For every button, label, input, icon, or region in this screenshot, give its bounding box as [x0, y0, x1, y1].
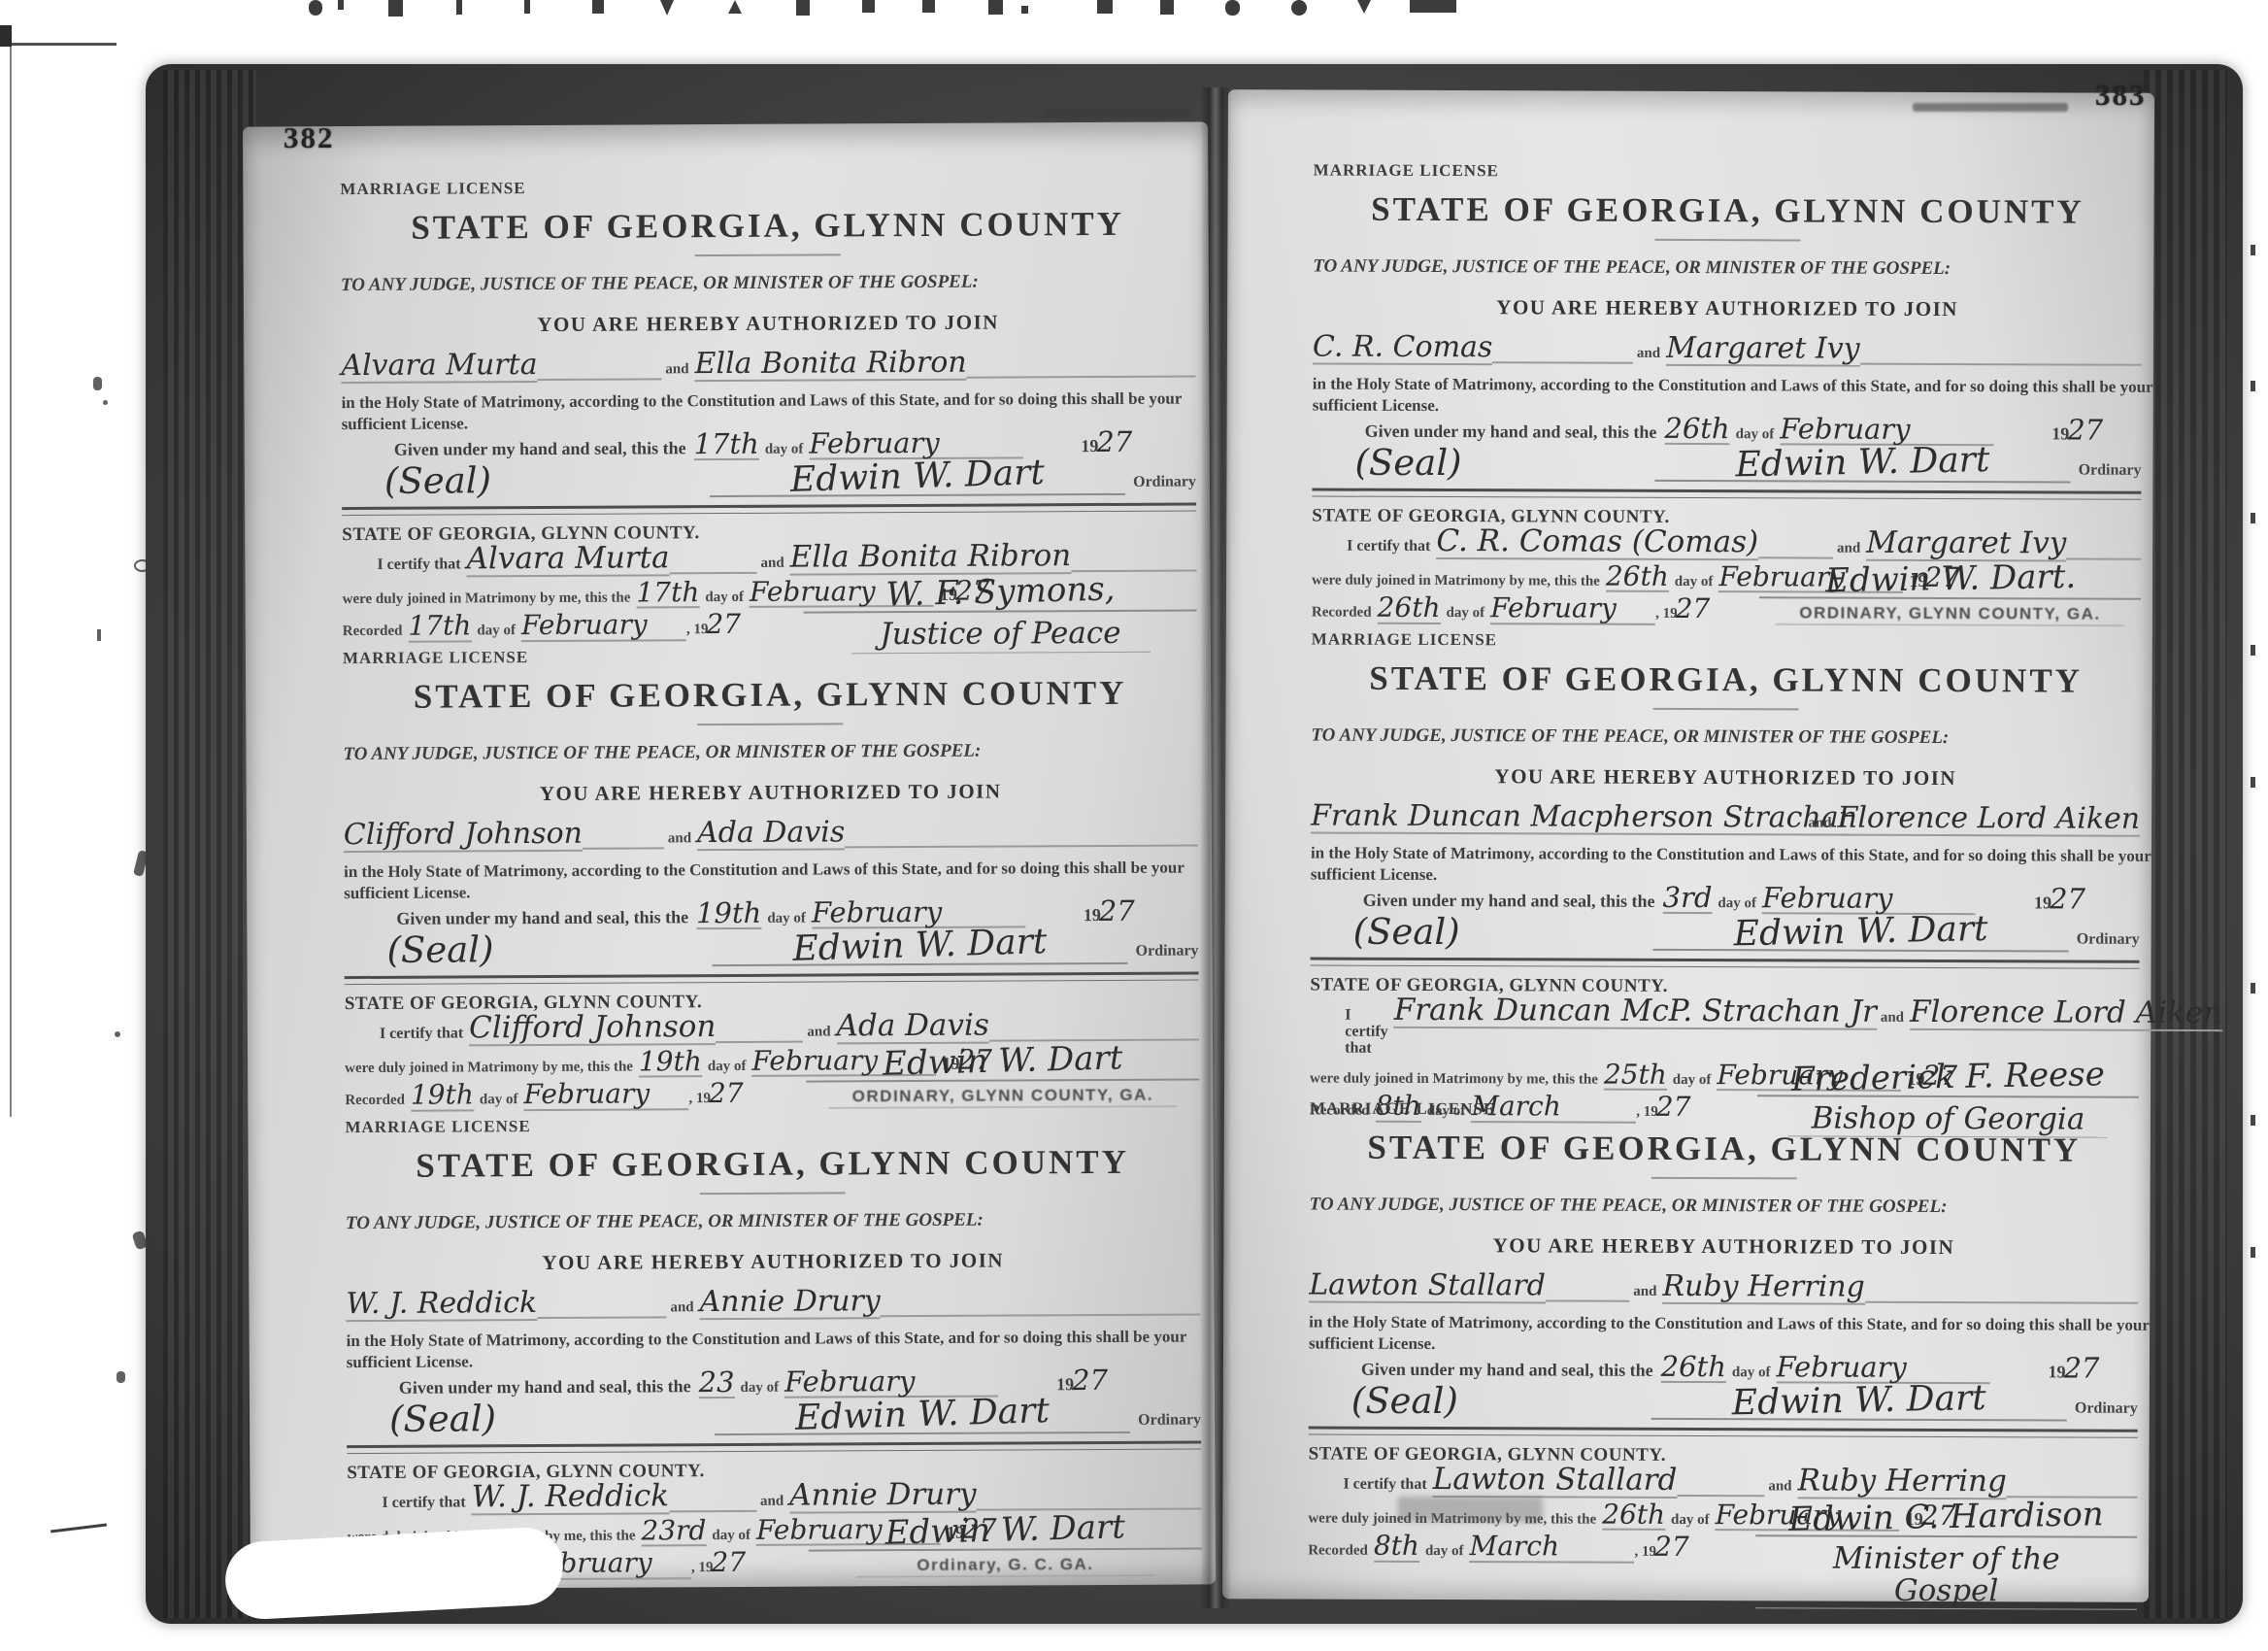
and-label: and [666, 1299, 699, 1316]
day-of-label: day of [1665, 1513, 1716, 1529]
license-year: 27 [1096, 428, 1132, 456]
cert-bride-name: Ruby Herring [1797, 1466, 2006, 1499]
given-prefix: Given under my hand and seal, this the [344, 909, 688, 928]
cert-recorded-row: Recorded 26th day of February , 19 27 Ed… [1312, 593, 2141, 627]
title-rule [697, 723, 843, 725]
salutation: TO ANY JUDGE, JUSTICE OF THE PEACE, OR M… [1313, 257, 2142, 279]
certify-prefix: I certify that [342, 557, 460, 574]
year-printed: 19 [1999, 425, 2069, 443]
microfilm-scan: 382 383 MARRIAGE LICENSE STATE OF GEORGI… [0, 0, 2268, 1651]
year-printed: 19 [1982, 894, 2051, 912]
marriage-license-record: MARRIAGE LICENSE STATE OF GEORGIA, GLYNN… [340, 176, 1197, 650]
ordinary-signature: Edwin W. Dart [1735, 443, 1990, 483]
signer-title: Ordinary [2067, 1401, 2138, 1417]
scan-corner-mark [0, 25, 12, 47]
day-of-label: day of [471, 623, 521, 639]
recorded-day: 17th [408, 612, 471, 643]
names-line: C. R. Comas and Margaret Ivy [1313, 331, 2142, 368]
recorded-month: March [1470, 1532, 1635, 1563]
scan-frame-line-horizontal [0, 43, 117, 46]
seal-signature-row: (Seal) Edwin W. Dart Ordinary [344, 927, 1198, 969]
groom-name: Alvara Murta [341, 349, 537, 384]
groom-name: Clifford Johnson [344, 818, 583, 853]
married-day: 26th [1602, 1500, 1665, 1532]
groom-name: Frank Duncan Macpherson Strachan [1311, 800, 1857, 836]
day-of-label: day of [1669, 575, 1719, 590]
recorded-year-printed: , 19 [691, 1561, 714, 1576]
names-line: W. J. Reddick and Annie Drury [346, 1283, 1200, 1322]
officiant-signature: Edwin W. Dart. [1824, 560, 2076, 599]
recorded-label: Recorded [1312, 606, 1372, 622]
recorded-year: 27 [1676, 594, 1711, 623]
day-of-label: day of [734, 1381, 784, 1396]
bride-name: Annie Drury [700, 1285, 881, 1320]
certify-prefix: I certify that [1310, 1008, 1388, 1058]
cert-and-label: and [1877, 1011, 1910, 1027]
record-title: STATE OF GEORGIA, GLYNN COUNTY [343, 675, 1197, 714]
officiant-title: Ordinary, G. C. GA. [855, 1554, 1154, 1577]
recorded-year-printed: , 19 [1655, 607, 1678, 623]
scan-scratch-mark [50, 1523, 107, 1533]
section-divider [342, 503, 1196, 517]
license-year: 27 [2067, 417, 2103, 445]
cert-groom-name: W. J. Reddick [472, 1481, 670, 1516]
day-of-label: day of [1667, 1073, 1718, 1089]
seal-label: (Seal) [384, 463, 491, 500]
officiant-title: ORDINARY, GLYNN COUNTY, GA. [1776, 602, 2123, 625]
page-383: MARRIAGE LICENSE STATE OF GEORGIA, GLYNN… [1222, 89, 2154, 1602]
signer-title: Ordinary [1130, 1413, 1201, 1429]
section-divider [1311, 958, 2140, 969]
recorded-month: February [523, 1080, 688, 1111]
recorded-day: 26th [1378, 593, 1441, 624]
recorded-month: February [521, 611, 686, 642]
seal-label: (Seal) [1351, 1383, 1458, 1419]
given-row: Given under my hand and seal, this the 2… [347, 1366, 1201, 1401]
ordinary-signature: Edwin W. Dart [1732, 1381, 1987, 1421]
signer-title: Ordinary [1128, 944, 1199, 960]
day-of-label: day of [1440, 606, 1490, 622]
cert-bride-name: Margaret Ivy [1866, 527, 2066, 561]
cert-bride-name: Florence Lord Aiken [1910, 996, 2222, 1031]
marriage-license-record: MARRIAGE LICENSE STATE OF GEORGIA, GLYNN… [343, 645, 1200, 1119]
recorded-year: 27 [711, 1548, 746, 1577]
given-row: Given under my hand and seal, this the 1… [342, 428, 1196, 463]
salutation: TO ANY JUDGE, JUSTICE OF THE PEACE, OR M… [343, 740, 1197, 763]
license-heading: MARRIAGE LICENSE [345, 1114, 1199, 1135]
title-rule [1654, 239, 1800, 242]
seal-signature-row: (Seal) Edwin W. Dart Ordinary [1312, 444, 2141, 484]
ordinary-signature: Edwin W. Dart [792, 925, 1048, 967]
authorize-line: YOU ARE HEREBY AUTHORIZED TO JOIN [1313, 297, 2142, 320]
salutation: TO ANY JUDGE, JUSTICE OF THE PEACE, OR M… [346, 1209, 1200, 1232]
day-of-label: day of [1712, 896, 1762, 911]
left-page-edges [163, 70, 256, 1618]
matrimony-clause: in the Holy State of Matrimony, accordin… [1311, 844, 2140, 867]
license-heading: MARRIAGE LICENSE [1312, 631, 2141, 651]
recorded-year-printed: , 19 [1635, 1545, 1657, 1561]
printer-imprint-right [1913, 103, 2068, 112]
cert-and-label: and [1764, 1480, 1797, 1496]
seal-signature-row: (Seal) Edwin W. Dart Ordinary [1311, 913, 2140, 953]
married-day: 25th [1604, 1060, 1667, 1091]
officiant-title: ORDINARY, GLYNN COUNTY, GA. [829, 1085, 1177, 1109]
married-day: 17th [636, 578, 699, 609]
seal-signature-row: (Seal) Edwin W. Dart Ordinary [1309, 1382, 2138, 1422]
year-printed: 19 [1995, 1364, 2065, 1381]
signer-title: Ordinary [1125, 475, 1196, 490]
section-divider [347, 1441, 1201, 1455]
day-of-label: day of [706, 1529, 756, 1544]
recorded-day: 8th [1374, 1532, 1419, 1563]
license-day: 26th [1664, 415, 1729, 445]
married-day: 26th [1606, 562, 1669, 593]
record-title: STATE OF GEORGIA, GLYNN COUNTY [1310, 1130, 2139, 1167]
matrimony-clause: in the Holy State of Matrimony, accordin… [347, 1327, 1201, 1351]
cert-groom-name: Lawton Stallard [1433, 1464, 1678, 1499]
cert-and-label: and [756, 556, 789, 572]
section-divider [1309, 1427, 2138, 1438]
day-of-label: day of [1726, 1366, 1777, 1381]
recorded-year-printed: , 19 [686, 623, 709, 638]
officiant-signature: Edwin C. Hardison [1788, 1499, 2104, 1538]
scan-frame-line-vertical [10, 41, 12, 1117]
marriage-license-record: MARRIAGE LICENSE STATE OF GEORGIA, GLYNN… [345, 1114, 1202, 1588]
day-of-label: day of [1419, 1544, 1470, 1560]
given-prefix: Given under my hand and seal, this the [342, 440, 686, 459]
recorded-year: 27 [1656, 1093, 1691, 1122]
authorize-line: YOU ARE HEREBY AUTHORIZED TO JOIN [344, 780, 1198, 805]
seal-signature-row: (Seal) Edwin W. Dart Ordinary [342, 458, 1196, 500]
faint-stamp-smudge [1397, 1497, 1543, 1523]
day-of-label: day of [699, 590, 750, 606]
given-prefix: Given under my hand and seal, this the [347, 1378, 691, 1398]
recorded-year-printed: , 19 [1636, 1105, 1658, 1121]
recorded-label: Recorded [343, 624, 403, 640]
groom-name: W. J. Reddick [346, 1287, 537, 1322]
and-label: and [1633, 346, 1666, 362]
officiant-signature: Edwin W. Dart [883, 1042, 1123, 1083]
recorded-year: 27 [709, 1079, 744, 1108]
license-day: 26th [1661, 1353, 1726, 1383]
license-year: 27 [1099, 897, 1135, 926]
seal-signature-row: (Seal) Edwin W. Dart Ordinary [347, 1397, 1201, 1438]
matrimony-clause: in the Holy State of Matrimony, accordin… [344, 858, 1198, 882]
license-heading: MARRIAGE LICENSE [1314, 162, 2143, 182]
ordinary-signature: Edwin W. Dart [1733, 912, 1988, 952]
cert-names-line: I certify that Frank Duncan McP. Stracha… [1310, 994, 2139, 1061]
groom-name: C. R. Comas [1313, 331, 1493, 366]
authorize-line: YOU ARE HEREBY AUTHORIZED TO JOIN [341, 311, 1195, 336]
authorize-line: YOU ARE HEREBY AUTHORIZED TO JOIN [1311, 766, 2140, 790]
record-title: STATE OF GEORGIA, GLYNN COUNTY [341, 206, 1195, 245]
matrimony-clause: in the Holy State of Matrimony, accordin… [342, 388, 1196, 413]
seal-label: (Seal) [386, 932, 493, 969]
matrimony-clause: in the Holy State of Matrimony, accordin… [1309, 1313, 2138, 1336]
and-label: and [1629, 1284, 1662, 1300]
joined-clause: were duly joined in Matrimony by me, thi… [1310, 1071, 1598, 1088]
and-label: and [664, 830, 697, 847]
license-day: 3rd [1662, 884, 1712, 914]
record-title: STATE OF GEORGIA, GLYNN COUNTY [1313, 192, 2142, 229]
joined-clause: were duly joined in Matrimony by me, thi… [1312, 573, 1600, 590]
record-title: STATE OF GEORGIA, GLYNN COUNTY [1312, 661, 2141, 698]
seal-label: (Seal) [389, 1401, 496, 1438]
bride-name: Ada Davis [697, 816, 845, 851]
cert-and-label: and [1833, 542, 1866, 557]
title-rule [1653, 708, 1799, 711]
cert-groom-name: C. R. Comas (Comas) [1436, 525, 1758, 560]
bride-name: Florence Lord Aiken [1837, 802, 2140, 837]
certify-prefix: I certify that [1308, 1477, 1426, 1494]
seal-label: (Seal) [1353, 914, 1460, 950]
cert-groom-name: Alvara Murta [467, 543, 670, 578]
recorded-year: 27 [706, 610, 741, 639]
and-label: and [661, 361, 694, 378]
officiant-signature: Edwin W. Dart [884, 1511, 1125, 1552]
license-year: 27 [1072, 1366, 1108, 1395]
day-of-label: day of [761, 912, 812, 927]
recorded-month: February [1490, 594, 1655, 625]
certify-prefix: I certify that [345, 1027, 463, 1043]
names-line: Lawton Stallard and Ruby Herring [1309, 1269, 2138, 1306]
certify-prefix: I certify that [347, 1496, 465, 1512]
cert-recorded-row: Recorded 8th day of March , 19 27 Edwin … [1308, 1532, 2137, 1610]
bride-name: Margaret Ivy [1666, 332, 1860, 367]
book-gutter [1200, 87, 1231, 1608]
given-prefix: Given under my hand and seal, this the [1313, 422, 1657, 441]
recorded-year: 27 [1654, 1533, 1689, 1562]
authorize-line: YOU ARE HEREBY AUTHORIZED TO JOIN [346, 1249, 1200, 1274]
married-day: 19th [639, 1047, 702, 1078]
right-page-edges [2144, 70, 2227, 1618]
section-divider [345, 972, 1199, 986]
page-number-383: 383 [2095, 78, 2147, 113]
cert-bride-name: Annie Drury [789, 1479, 977, 1514]
married-day: 23rd [641, 1516, 706, 1547]
signer-title: Ordinary [2071, 463, 2142, 479]
license-year: 27 [2050, 886, 2085, 914]
recorded-day: 19th [411, 1081, 474, 1112]
names-line: Alvara Murta and Ella Bonita Ribron [341, 345, 1195, 384]
officiant-title: Minister of the Gospel [1755, 1540, 2137, 1610]
ordinary-signature: Edwin W. Dart [790, 455, 1046, 498]
given-prefix: Given under my hand and seal, this the [1309, 1361, 1653, 1379]
title-rule [700, 1192, 846, 1195]
recorded-label: Recorded [345, 1094, 405, 1109]
marriage-license-record: MARRIAGE LICENSE STATE OF GEORGIA, GLYNN… [1312, 162, 2143, 634]
bride-name: Ella Bonita Ribron [694, 347, 966, 382]
cert-names-line: I certify that Lawton Stallard and Ruby … [1308, 1464, 2137, 1500]
day-of-label: day of [702, 1060, 752, 1075]
cert-names-line: I certify that C. R. Comas (Comas) and M… [1312, 525, 2141, 562]
officiant-title: Justice of Peace [850, 616, 1150, 654]
title-rule [1651, 1177, 1797, 1180]
title-rule [695, 253, 841, 256]
cert-bride-name: Ella Bonita Ribron [790, 541, 1072, 576]
day-of-label: day of [759, 443, 810, 457]
salutation: TO ANY JUDGE, JUSTICE OF THE PEACE, OR M… [1311, 726, 2140, 748]
marriage-license-record: MARRIAGE LICENSE STATE OF GEORGIA, GLYNN… [1310, 631, 2141, 1103]
cert-bride-name: Ada Davis [836, 1010, 988, 1044]
bride-name: Ruby Herring [1662, 1270, 1864, 1305]
and-label: and [1804, 815, 1837, 831]
license-day: 23 [699, 1368, 735, 1398]
given-row: Given under my hand and seal, this the 1… [344, 897, 1198, 932]
salutation: TO ANY JUDGE, JUSTICE OF THE PEACE, OR M… [341, 271, 1195, 294]
section-divider [1312, 489, 2141, 500]
given-prefix: Given under my hand and seal, this the [1311, 892, 1655, 910]
sufficient-license: sufficient License. [1311, 866, 2140, 886]
cert-and-label: and [803, 1026, 836, 1041]
day-of-label: day of [1730, 428, 1781, 443]
salutation: TO ANY JUDGE, JUSTICE OF THE PEACE, OR M… [1310, 1196, 2139, 1217]
license-year: 27 [2063, 1355, 2099, 1383]
recorded-month: March [1471, 1092, 1636, 1123]
license-heading: MARRIAGE LICENSE [340, 176, 1194, 197]
names-line: Frank Duncan Macpherson Strachan and Flo… [1311, 800, 2140, 837]
recorded-year-printed: , 19 [688, 1092, 711, 1107]
page-382: MARRIAGE LICENSE STATE OF GEORGIA, GLYNN… [243, 121, 1216, 1589]
book-spread: 382 383 MARRIAGE LICENSE STATE OF GEORGI… [146, 64, 2243, 1624]
authorize-line: YOU ARE HEREBY AUTHORIZED TO JOIN [1309, 1235, 2138, 1259]
officiant-signature: Frederick F. Reese [1791, 1058, 2105, 1097]
joined-clause: were duly joined in Matrimony by me, thi… [345, 1060, 633, 1076]
cert-recorded-row: Recorded 19th day of February , 19 27 Ed… [345, 1077, 1199, 1112]
matrimony-clause: in the Holy State of Matrimony, accordin… [1313, 375, 2142, 398]
certify-prefix: I certify that [1312, 539, 1430, 556]
ordinary-signature: Edwin W. Dart [795, 1394, 1051, 1436]
seal-label: (Seal) [1354, 445, 1461, 481]
joined-clause: were duly joined in Matrimony by me, thi… [343, 590, 631, 607]
printer-imprint-left [1044, 109, 1189, 118]
officiant-signature: W. F. Symons, [885, 573, 1116, 614]
day-of-label: day of [474, 1093, 524, 1108]
recorded-label: Recorded [1308, 1544, 1368, 1560]
page-number-382: 382 [283, 120, 335, 155]
signer-title: Ordinary [2069, 932, 2140, 948]
license-day: 17th [693, 430, 758, 460]
license-day: 19th [696, 899, 761, 929]
cert-and-label: and [756, 1495, 789, 1510]
cert-groom-name: Clifford Johnson [469, 1011, 716, 1046]
record-title: STATE OF GEORGIA, GLYNN COUNTY [346, 1144, 1200, 1183]
groom-name: Lawton Stallard [1309, 1269, 1546, 1304]
cert-groom-name: Frank Duncan McP. Strachan Jr [1394, 994, 1877, 1029]
names-line: Clifford Johnson and Ada Davis [344, 814, 1198, 853]
